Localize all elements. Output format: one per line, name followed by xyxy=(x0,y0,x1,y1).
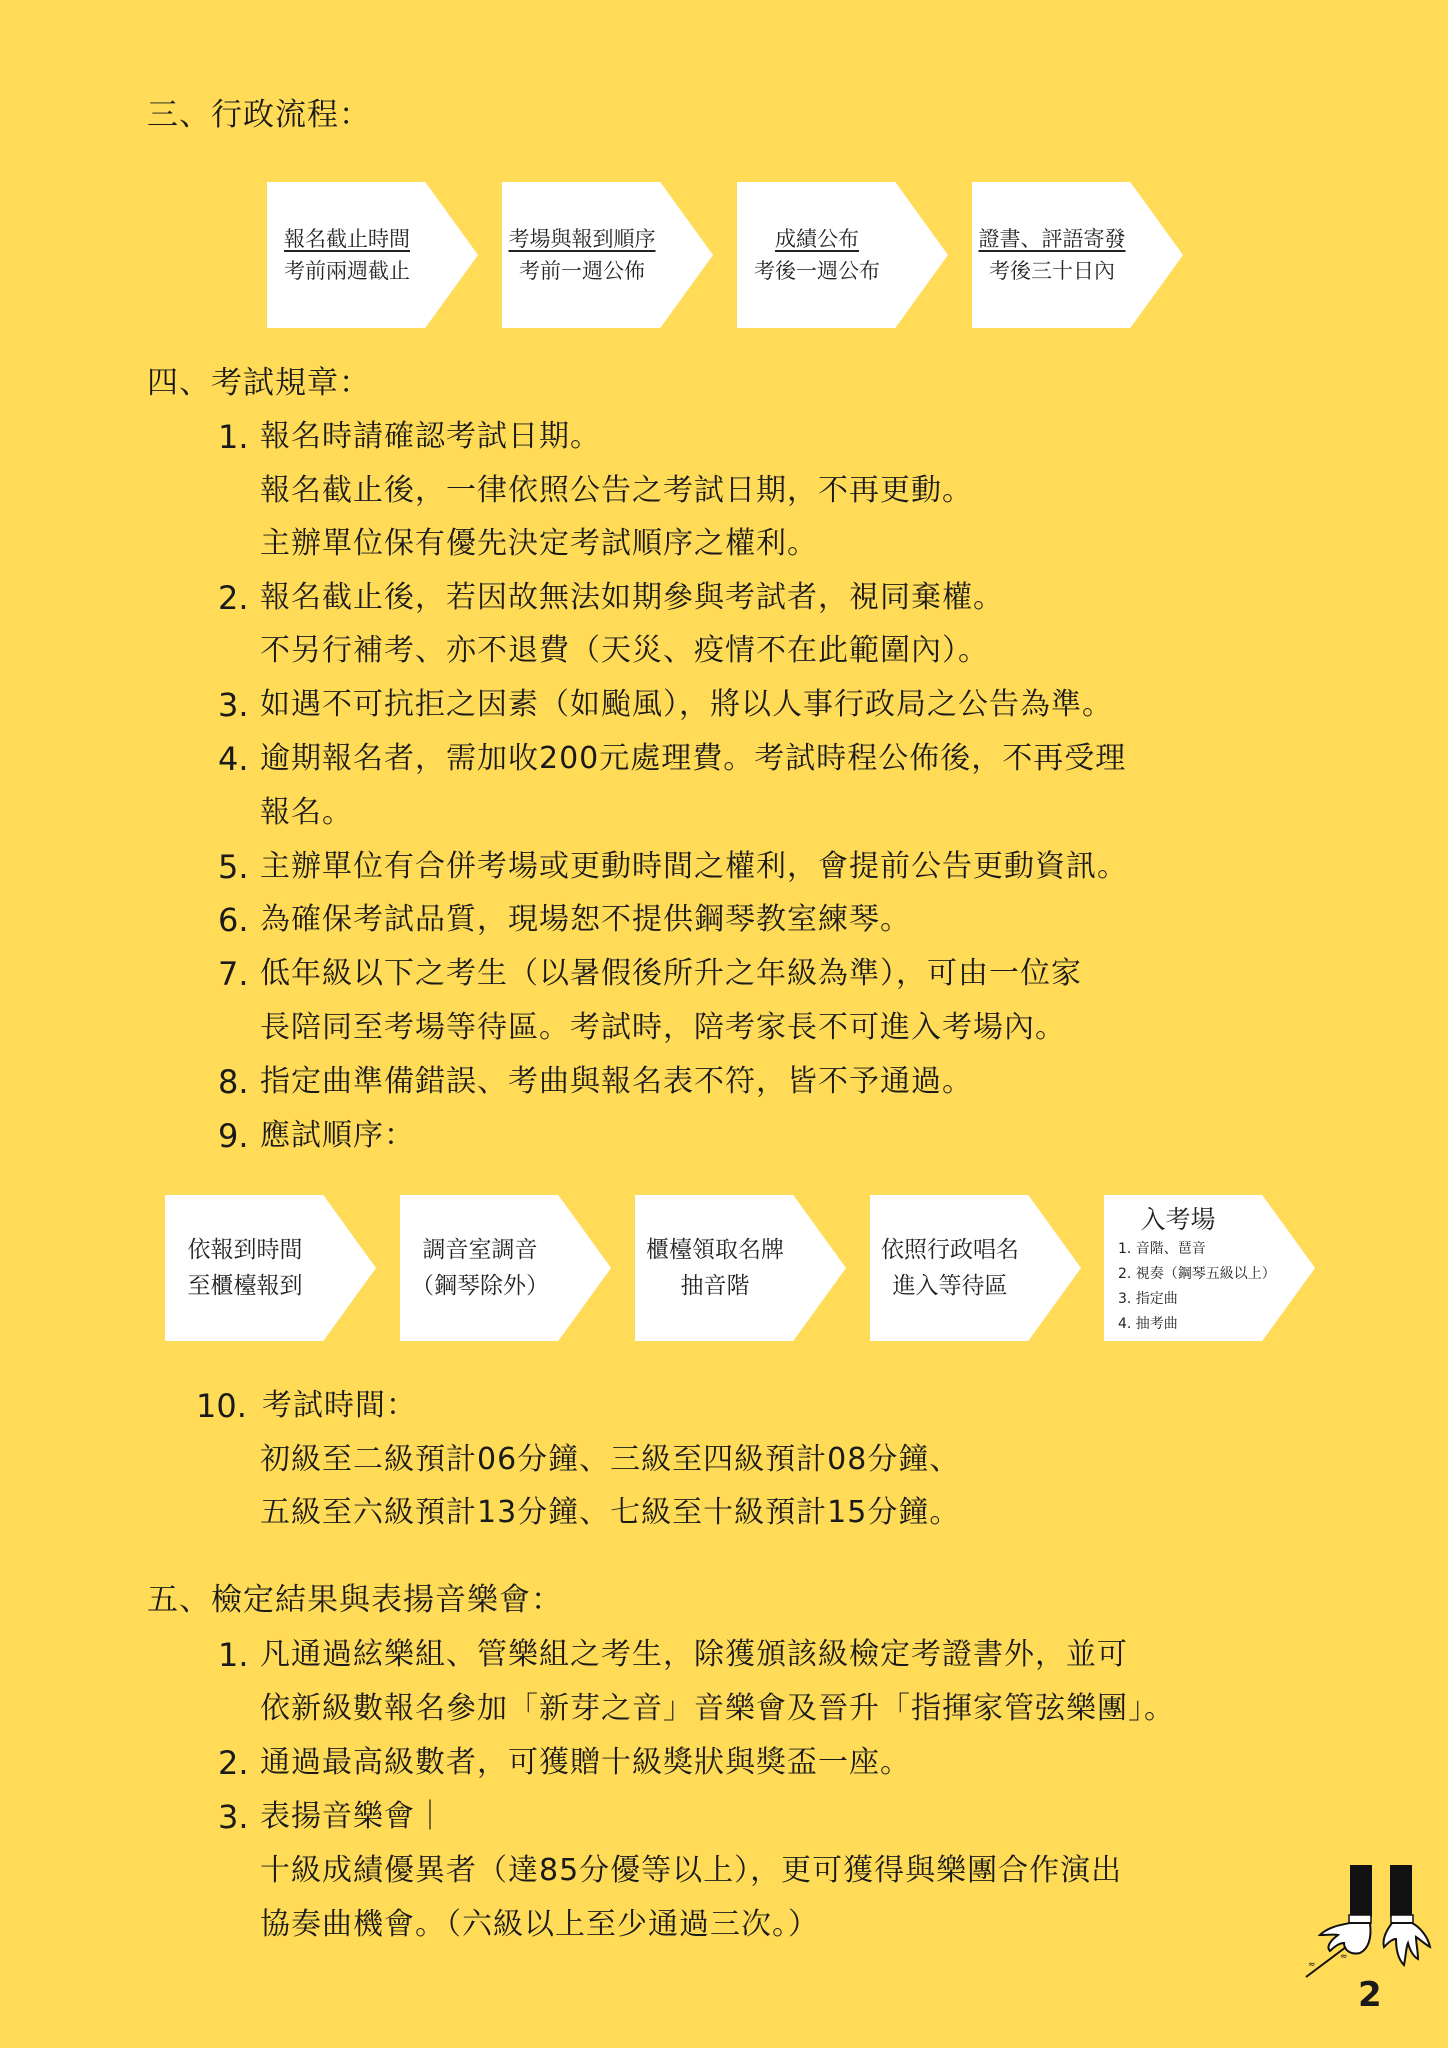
order-step-checkin: 依報到時間 至櫃檯報到 xyxy=(165,1195,376,1341)
rule-number: 10. xyxy=(196,1386,247,1426)
rule-number: 4. xyxy=(218,739,249,779)
flow-step-desc: 考前兩週截止 xyxy=(267,255,427,287)
rule-line: 初級至二級預計06分鐘、三級至四級預計08分鐘、 xyxy=(260,1440,960,1480)
order-step-line: 進入等待區 xyxy=(870,1268,1030,1304)
flow-step-registration-deadline: 報名截止時間 考前兩週截止 xyxy=(267,182,478,328)
rule-line: 如遇不可抗拒之因素（如颱風），將以人事行政局之公告為準。 xyxy=(260,685,1113,725)
rule-line: 報名時請確認考試日期。 xyxy=(260,417,601,457)
rule-line: 為確保考試品質，現場恕不提供鋼琴教室練琴。 xyxy=(260,900,911,940)
rule-line: 不另行補考、亦不退費（天災、疫情不在此範圍內）。 xyxy=(260,631,989,671)
flow-step-title: 成績公布 xyxy=(737,223,897,255)
exam-order-flow: 依報到時間 至櫃檯報到 調音室調音 （鋼琴除外） 櫃檯領取名牌 抽音階 依照行政… xyxy=(0,1195,1448,1341)
order-step-line: （鋼琴除外） xyxy=(400,1268,560,1304)
rule-line: 考試時間： xyxy=(262,1386,417,1426)
rule-number: 7. xyxy=(218,954,249,994)
rule-line: 應試順序： xyxy=(260,1116,415,1156)
flow-step-title: 證書、評語寄發 xyxy=(972,223,1132,255)
order-step-tuning: 調音室調音 （鋼琴除外） xyxy=(400,1195,611,1341)
flow-step-certificate: 證書、評語寄發 考後三十日內 xyxy=(972,182,1183,328)
flow-step-desc: 考前一週公佈 xyxy=(502,255,662,287)
rule-line: 主辦單位保有優先決定考試順序之權利。 xyxy=(260,524,818,564)
result-line: 協奏曲機會。（六級以上至少通過三次。） xyxy=(260,1905,819,1945)
rule-number: 8. xyxy=(218,1062,249,1102)
result-number: 3. xyxy=(218,1797,249,1837)
flow-step-results: 成績公布 考後一週公布 xyxy=(737,182,948,328)
order-step-line: 櫃檯領取名牌 xyxy=(635,1232,795,1268)
rule-number: 6. xyxy=(218,900,249,940)
order-step-line: 調音室調音 xyxy=(400,1232,560,1268)
order-step-line: 依照行政唱名 xyxy=(870,1232,1030,1268)
order-step-line: 至櫃檯報到 xyxy=(165,1268,325,1304)
svg-text:≈: ≈ xyxy=(1308,1960,1316,1970)
exam-part: 3. 指定曲 xyxy=(1118,1287,1178,1312)
flow-step-title: 報名截止時間 xyxy=(267,223,427,255)
rule-number: 2. xyxy=(218,578,249,618)
order-step-title: 入考場 xyxy=(1118,1203,1238,1237)
flow-step-title: 考場與報到順序 xyxy=(502,223,662,255)
order-step-line: 依報到時間 xyxy=(165,1232,325,1268)
order-step-nametag: 櫃檯領取名牌 抽音階 xyxy=(635,1195,846,1341)
flow-step-desc: 考後三十日內 xyxy=(972,255,1132,287)
svg-text:≈: ≈ xyxy=(1340,1952,1348,1962)
result-line: 表揚音樂會｜ xyxy=(260,1797,446,1837)
rule-line: 長陪同至考場等待區。考試時，陪考家長不可進入考場內。 xyxy=(260,1008,1066,1048)
section3-heading: 三、行政流程： xyxy=(147,95,371,135)
rule-line: 報名截止後，若因故無法如期參與考試者，視同棄權。 xyxy=(260,578,1004,618)
result-line: 凡通過絃樂組、管樂組之考生，除獲頒該級檢定考證書外，並可 xyxy=(260,1635,1128,1675)
rule-number: 5. xyxy=(218,847,249,887)
exam-part: 1. 音階、琶音 xyxy=(1118,1237,1206,1262)
order-step-waiting: 依照行政唱名 進入等待區 xyxy=(870,1195,1081,1341)
flow-step-desc: 考後一週公布 xyxy=(737,255,897,287)
page-number: 2 xyxy=(1358,1975,1382,2015)
rule-line: 逾期報名者，需加收200元處理費。考試時程公佈後，不再受理 xyxy=(260,739,1126,779)
result-number: 1. xyxy=(218,1635,249,1675)
rule-number: 3. xyxy=(218,685,249,725)
result-line: 依新級數報名參加「新芽之音」音樂會及晉升「指揮家管弦樂團」。 xyxy=(260,1689,1175,1729)
rule-line: 指定曲準備錯誤、考曲與報名表不符，皆不予通過。 xyxy=(260,1062,973,1102)
result-line: 十級成績優異者（達85分優等以上），更可獲得與樂團合作演出 xyxy=(260,1851,1122,1891)
rule-line: 低年級以下之考生（以暑假後所升之年級為準），可由一位家 xyxy=(260,954,1082,994)
rule-line: 主辦單位有合併考場或更動時間之權利，會提前公告更動資訊。 xyxy=(260,847,1128,887)
rule-line: 報名。 xyxy=(260,793,353,833)
section5-heading: 五、檢定結果與表揚音樂會： xyxy=(147,1580,563,1620)
rule-number: 9. xyxy=(218,1116,249,1156)
rule-line: 五級至六級預計13分鐘、七級至十級預計15分鐘。 xyxy=(260,1493,960,1533)
result-number: 2. xyxy=(218,1743,249,1783)
rule-number: 1. xyxy=(218,417,249,457)
flow-step-venue-order: 考場與報到順序 考前一週公佈 xyxy=(502,182,713,328)
order-step-line: 抽音階 xyxy=(635,1268,795,1304)
rule-line: 報名截止後，一律依照公告之考試日期，不再更動。 xyxy=(260,471,973,511)
conductor-hands-icon: ≈ ≈ xyxy=(1300,1855,1448,1995)
section4-heading: 四、考試規章： xyxy=(147,363,371,403)
result-line: 通過最高級數者，可獲贈十級獎狀與獎盃一座。 xyxy=(260,1743,911,1783)
order-step-enter-exam: 入考場 1. 音階、琶音 2. 視奏（鋼琴五級以上） 3. 指定曲 4. 抽考曲 xyxy=(1104,1195,1315,1341)
exam-part: 2. 視奏（鋼琴五級以上） xyxy=(1118,1262,1276,1287)
admin-process-flow: 報名截止時間 考前兩週截止 考場與報到順序 考前一週公佈 成績公布 考後一週公布… xyxy=(0,182,1448,328)
exam-part: 4. 抽考曲 xyxy=(1118,1312,1178,1337)
